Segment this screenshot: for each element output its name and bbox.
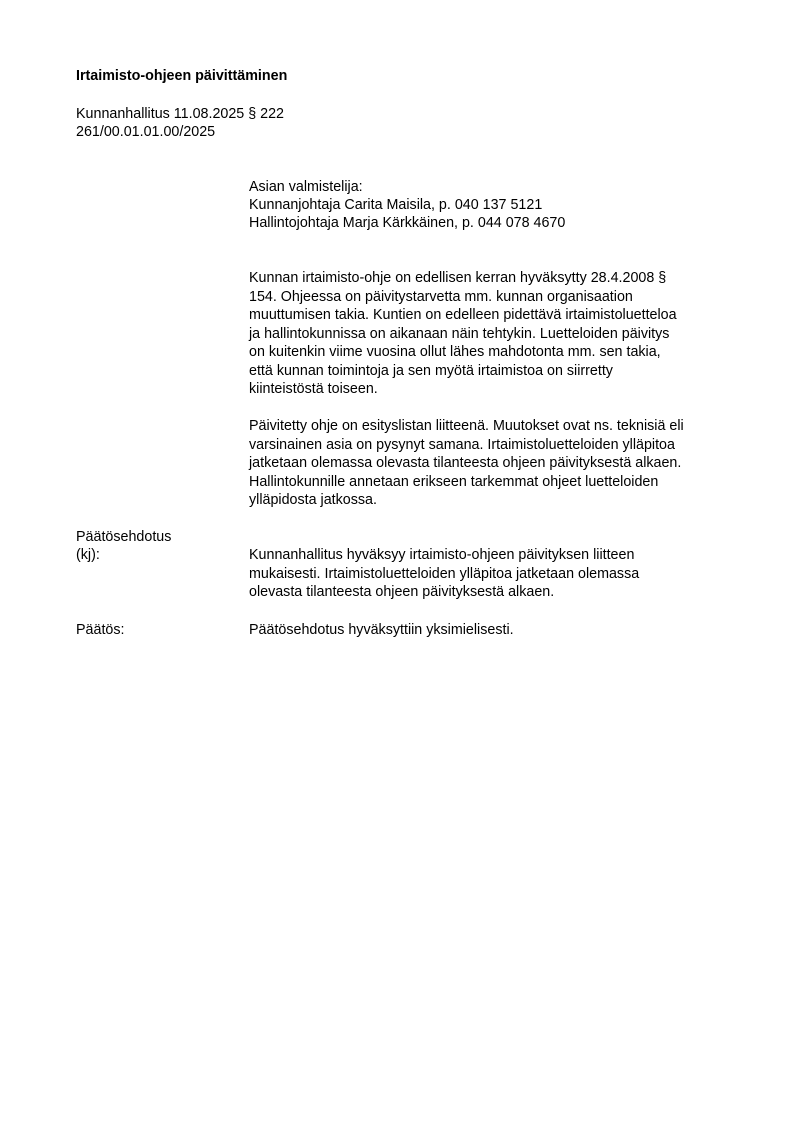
paragraph-line: Hallintokunnille annetaan erikseen tarke…	[249, 473, 658, 492]
paragraph-line: 154. Ohjeessa on päivitystarvetta mm. ku…	[249, 288, 633, 307]
proposal-label-suffix: (kj):	[76, 546, 100, 565]
paragraph-line: Kunnan irtaimisto-ohje on edellisen kerr…	[249, 269, 666, 288]
paragraph-line: on kuitenkin viime vuosina ollut lähes m…	[249, 343, 661, 362]
record-number: 261/00.01.01.00/2025	[76, 124, 215, 140]
document-title: Irtaimisto-ohjeen päivittäminen	[76, 68, 287, 84]
proposal-label: Päätösehdotus	[76, 528, 171, 547]
paragraph-line: kiinteistöstä toiseen.	[249, 380, 378, 399]
preparer-heading: Asian valmistelija:	[249, 179, 363, 195]
proposal-line: olevasta tilanteesta ohjeen päivityksest…	[249, 583, 554, 602]
paragraph-line: Päivitetty ohje on esityslistan liitteen…	[249, 417, 684, 436]
preparer-line: Hallintojohtaja Marja Kärkkäinen, p. 044…	[249, 215, 565, 231]
paragraph-line: muuttumisen takia. Kuntien on edelleen p…	[249, 306, 677, 325]
decision-text: Päätösehdotus hyväksyttiin yksimielisest…	[249, 621, 514, 640]
preparer-line: Kunnanjohtaja Carita Maisila, p. 040 137…	[249, 197, 542, 213]
paragraph-line: ylläpidosta jatkossa.	[249, 491, 377, 510]
paragraph-line: että kunnan toimintoja ja sen myötä irta…	[249, 362, 613, 381]
paragraph-line: jatketaan olemassa olevasta tilanteesta …	[249, 454, 681, 473]
meeting-reference: Kunnanhallitus 11.08.2025 § 222	[76, 106, 284, 122]
decision-label: Päätös:	[76, 621, 124, 640]
proposal-line: Kunnanhallitus hyväksyy irtaimisto-ohjee…	[249, 546, 634, 565]
paragraph-line: ja hallintokunnissa on aikanaan näin teh…	[249, 325, 669, 344]
proposal-line: mukaisesti. Irtaimistoluetteloiden ylläp…	[249, 565, 639, 584]
paragraph-line: varsinainen asia on pysynyt samana. Irta…	[249, 436, 675, 455]
